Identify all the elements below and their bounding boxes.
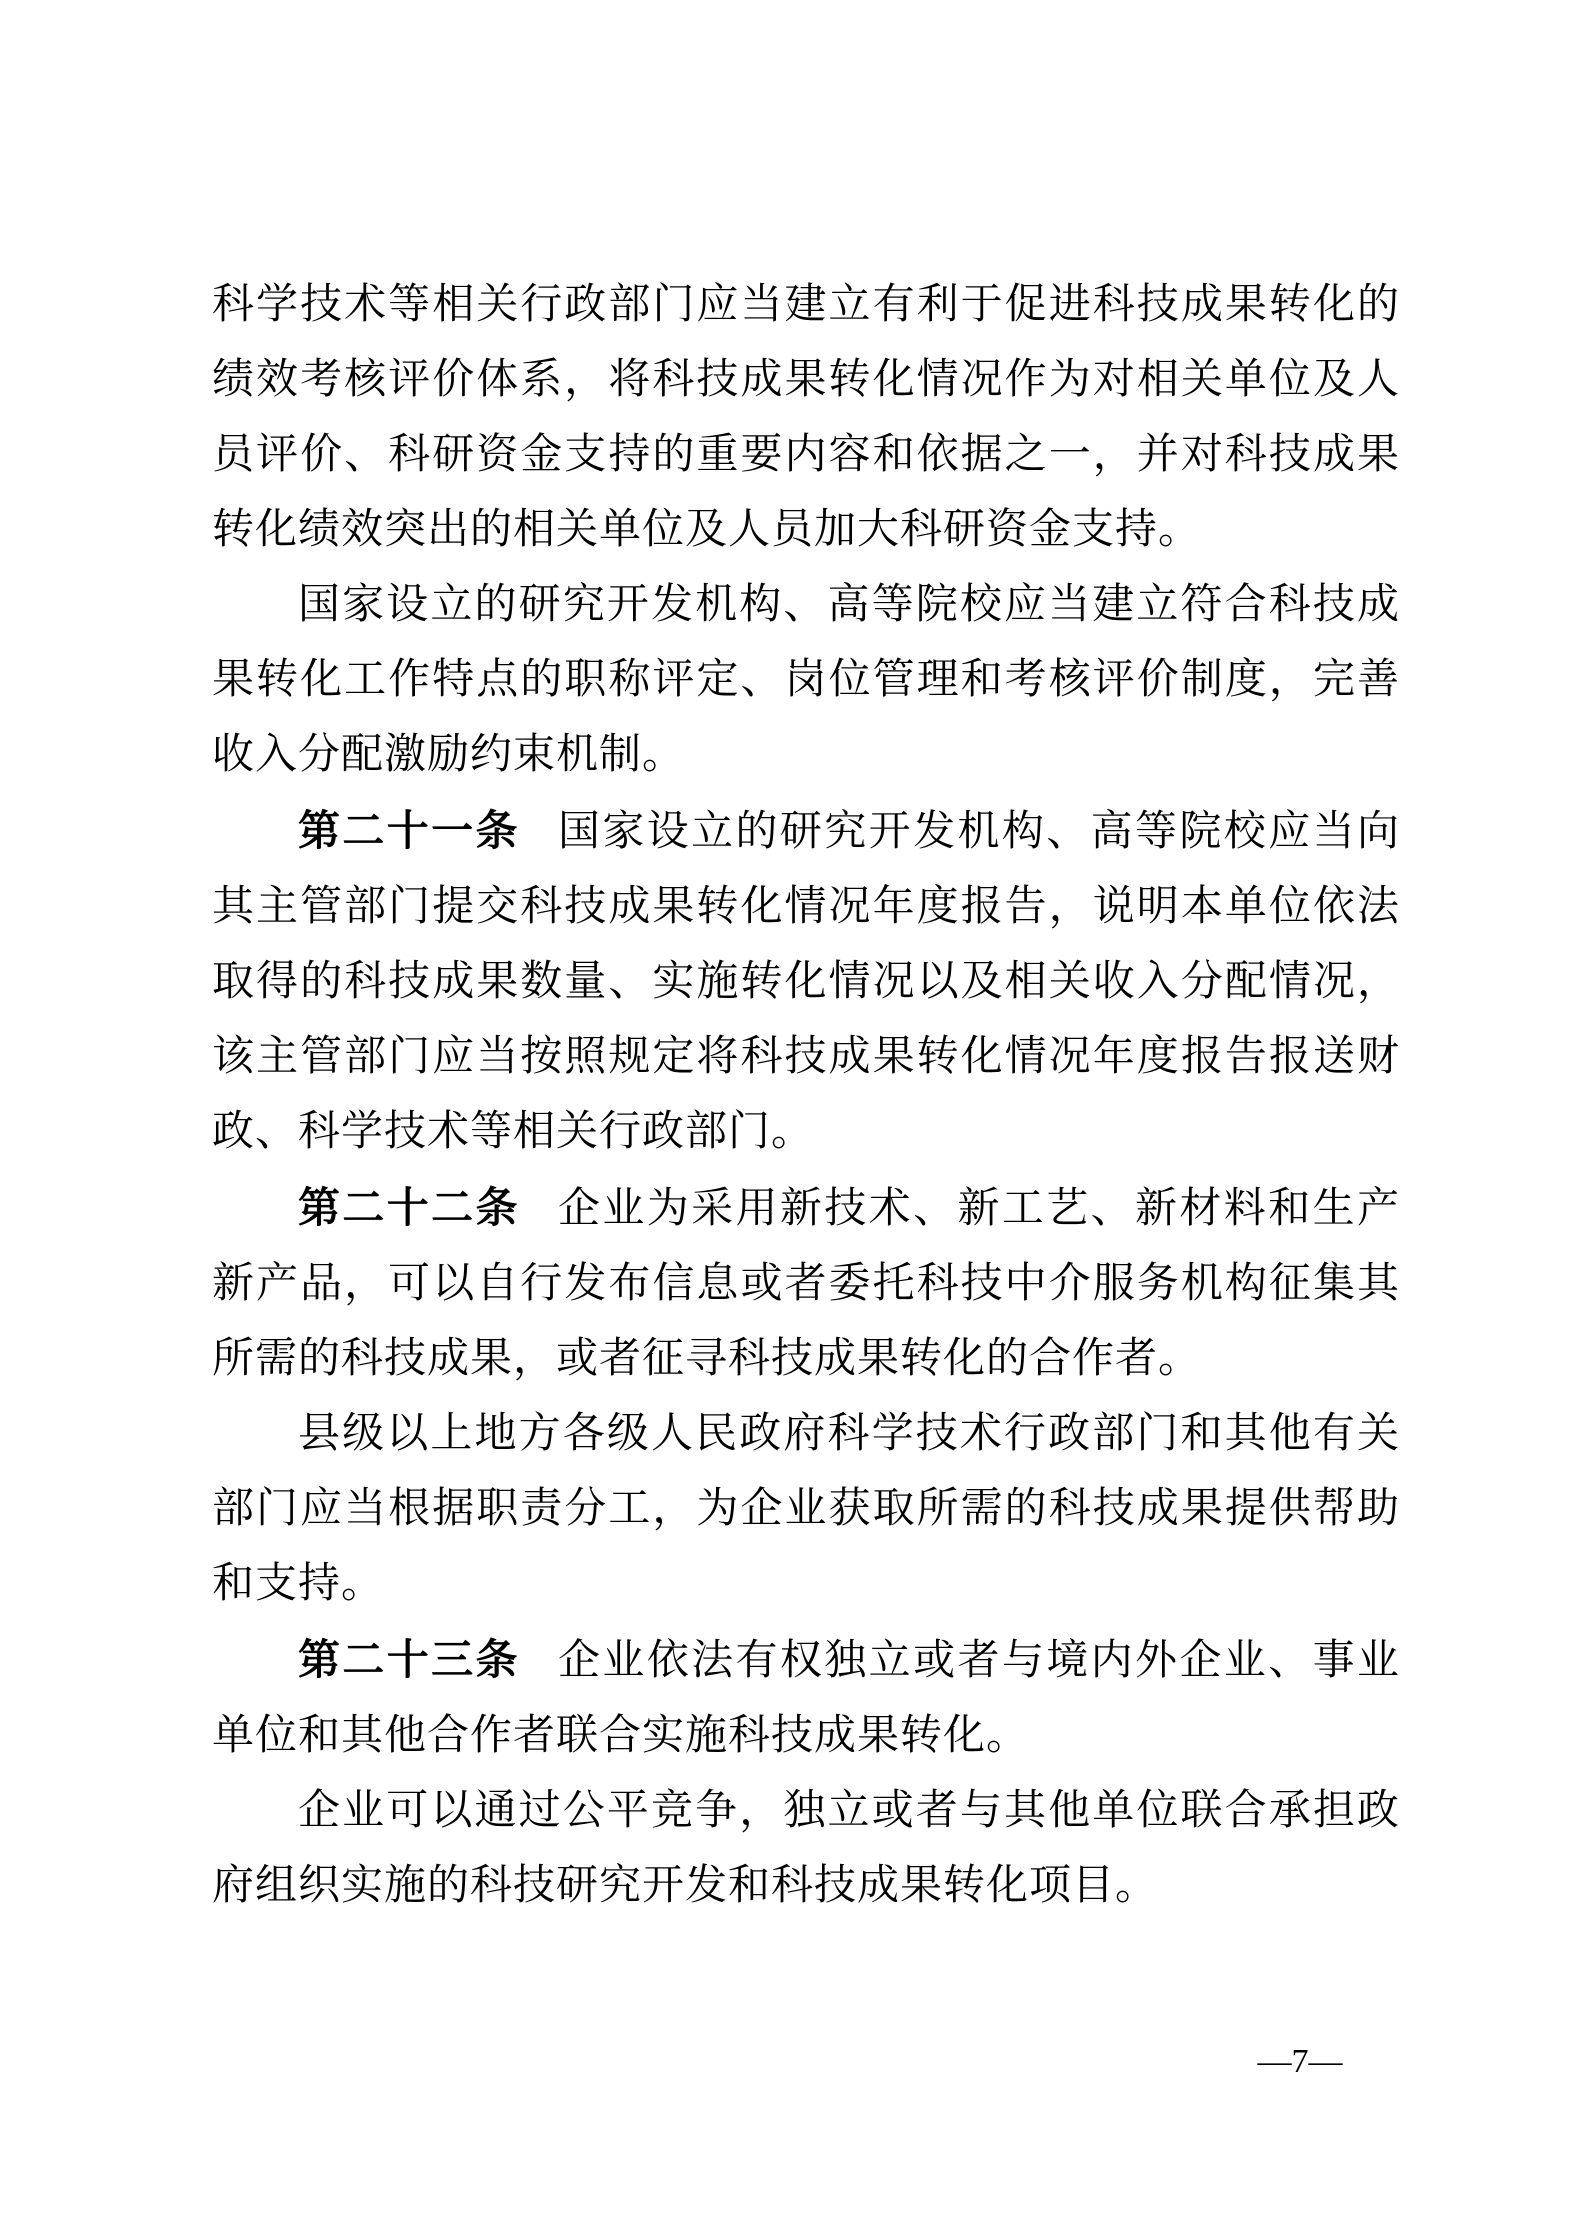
paragraph: 县级以上地方各级人民政府科学技术行政部门和其他有关部门应当根据职责分工，为企业获… [212,1397,1400,1622]
paragraph-text: 县级以上地方各级人民政府科学技术行政部门和其他有关部门应当根据职责分工，为企业获… [212,1411,1400,1607]
paragraph-text: 国家设立的研究开发机构、高等院校应当建立符合科技成果转化工作特点的职称评定、岗位… [212,582,1400,778]
paragraph: 第二十一条国家设立的研究开发机构、高等院校应当向其主管部门提交科技成果转化情况年… [212,793,1400,1170]
paragraph-text: 企业可以通过公平竞争，独立或者与其他单位联合承担政府组织实施的科技研究开发和科技… [212,1788,1400,1909]
paragraph: 科学技术等相关行政部门应当建立有利于促进科技成果转化的绩效考核评价体系，将科技成… [212,268,1400,568]
paragraph-text: 国家设立的研究开发机构、高等院校应当向其主管部门提交科技成果转化情况年度报告，说… [212,809,1400,1155]
paragraph: 国家设立的研究开发机构、高等院校应当建立符合科技成果转化工作特点的职称评定、岗位… [212,568,1400,793]
paragraph: 第二十三条企业依法有权独立或者与境内外企业、事业单位和其他合作者联合实施科技成果… [212,1622,1400,1774]
paragraph-text: 科学技术等相关行政部门应当建立有利于促进科技成果转化的绩效考核评价体系，将科技成… [212,282,1400,553]
paragraph: 第二十二条企业为采用新技术、新工艺、新材料和生产新产品，可以自行发布信息或者委托… [212,1170,1400,1397]
document-page: 科学技术等相关行政部门应当建立有利于促进科技成果转化的绩效考核评价体系，将科技成… [0,0,1580,2238]
document-body: 科学技术等相关行政部门应当建立有利于促进科技成果转化的绩效考核评价体系，将科技成… [212,268,1400,1924]
page-number: —7— [1240,2042,1360,2082]
paragraph: 企业可以通过公平竞争，独立或者与其他单位联合承担政府组织实施的科技研究开发和科技… [212,1774,1400,1924]
article-number: 第二十一条 [298,807,520,854]
article-number: 第二十三条 [298,1636,520,1683]
article-number: 第二十二条 [298,1184,520,1231]
